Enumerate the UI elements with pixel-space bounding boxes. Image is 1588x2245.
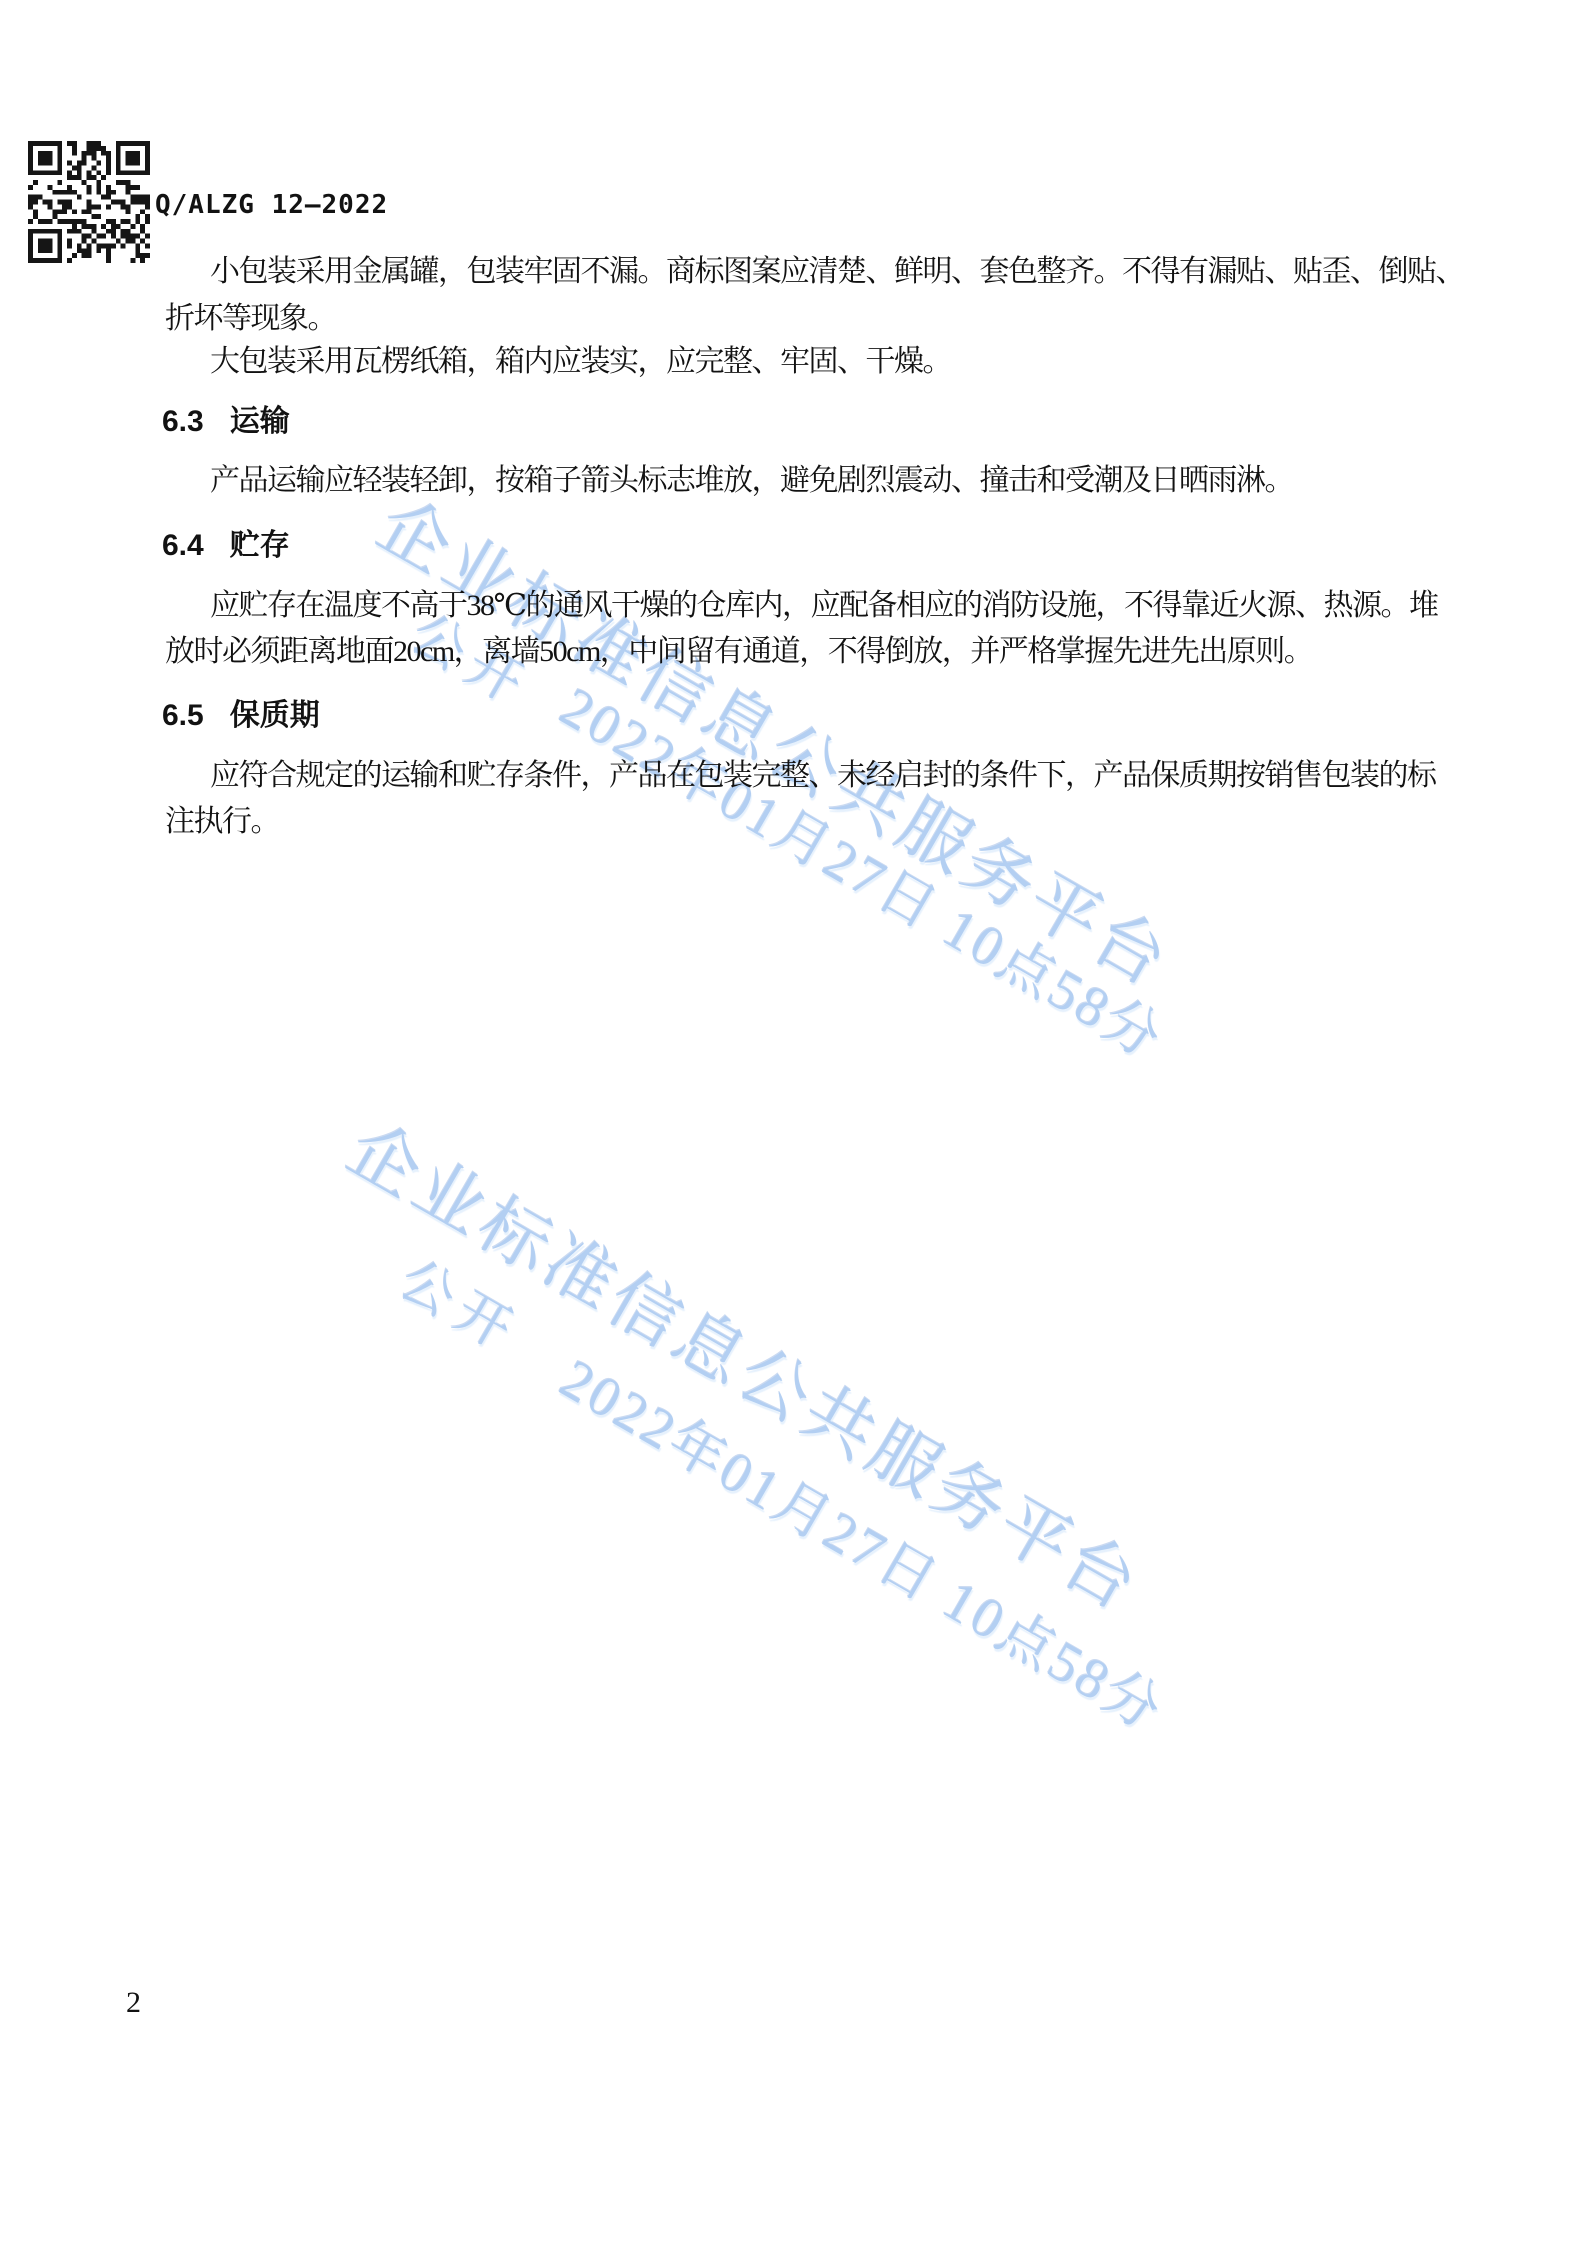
section-6-5-line-1: 应符合规定的运输和贮存条件，产品在包装完整、未经启封的条件下，产品保质期按销售包… [210,750,1436,794]
section-6-5-line-2: 注执行。 [165,796,279,840]
intro-line-1: 小包装采用金属罐，包装牢固不漏。商标图案应清楚、鲜明、套色整齐。不得有漏贴、贴歪… [210,246,1464,290]
qr-code-icon [28,140,150,264]
section-6-3-heading: 6.3运输 [162,396,290,440]
section-6-3-title: 运输 [230,405,290,438]
section-6-5-heading: 6.5保质期 [162,690,320,734]
document-page: 企业标准信息公共服务平台 公开 2022年01月27日 10点58分 企业标准信… [0,0,1588,2245]
section-6-5-title: 保质期 [230,699,320,732]
watermark-platform-text-2: 企业标准信息公共服务平台 [333,1094,1163,1631]
qr-code [28,140,150,264]
section-6-4-title: 贮存 [230,529,290,562]
section-6-4-number: 6.4 [162,529,204,562]
section-6-5-number: 6.5 [162,699,204,732]
watermark-platform-text-1: 企业标准信息公共服务平台 [363,470,1193,1007]
page-number: 2 [126,1986,141,2020]
section-6-4-line-2: 放时必须距离地面20cm，离墙50cm，中间留有通道，不得倒放，并严格掌握先进先… [165,626,1312,670]
standard-number: Q/ALZG 12—2022 [155,190,388,220]
intro-line-3: 大包装采用瓦楞纸箱，箱内应装实，应完整、牢固、干燥。 [210,336,951,380]
intro-line-2: 折坏等现象。 [165,293,336,337]
section-6-3-line-1: 产品运输应轻装轻卸，按箱子箭头标志堆放，避免剧烈震动、撞击和受潮及日晒雨淋。 [210,455,1293,499]
section-6-3-number: 6.3 [162,405,204,438]
section-6-4-line-1: 应贮存在温度不高于38℃的通风干燥的仓库内，应配备相应的消防设施，不得靠近火源、… [210,580,1438,624]
section-6-4-heading: 6.4贮存 [162,520,290,564]
